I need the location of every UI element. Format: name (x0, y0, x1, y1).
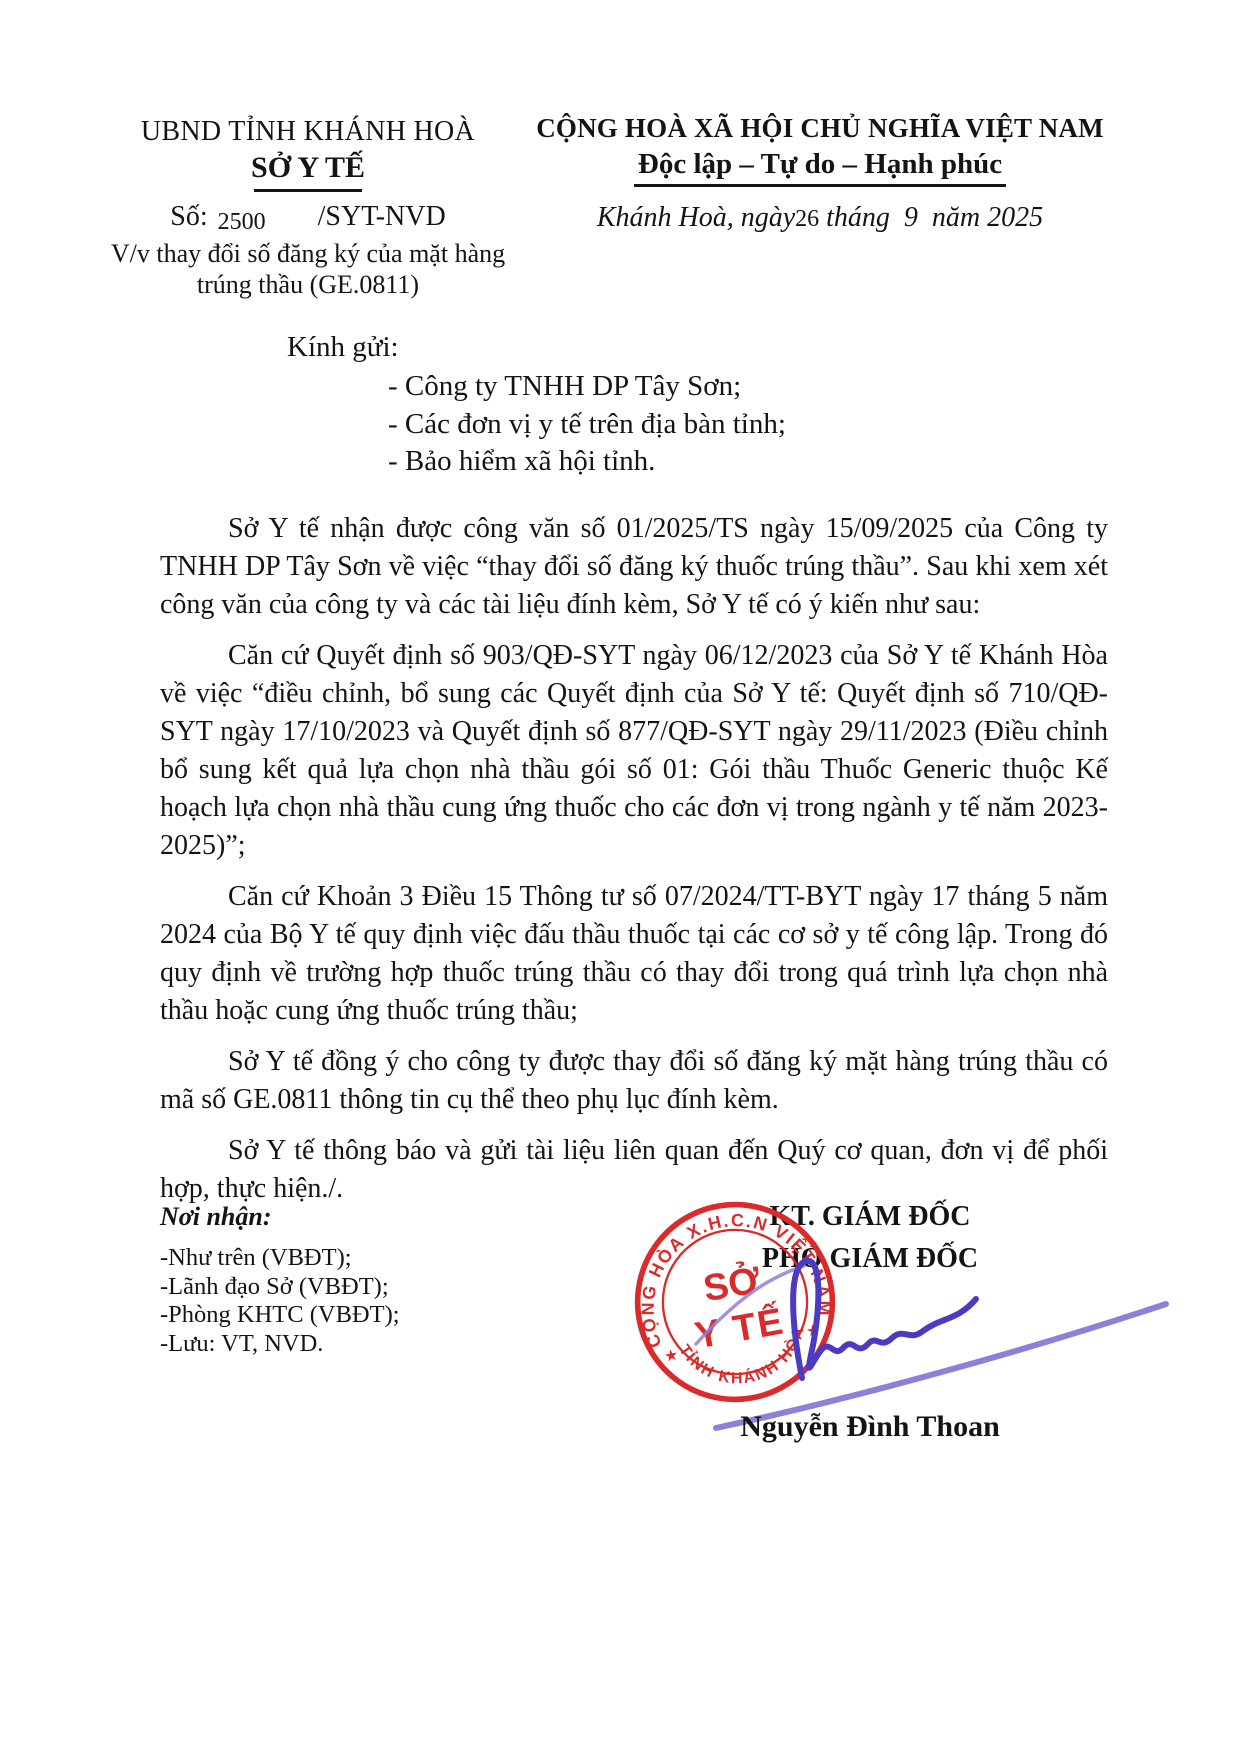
document-subject: V/v thay đổi số đăng ký của mặt hàng trú… (86, 238, 530, 300)
distribution-item: -Như trên (VBĐT); (160, 1244, 400, 1273)
letter-body: Sở Y tế nhận được công văn số 01/2025/TS… (160, 510, 1108, 1221)
body-paragraph-2: Căn cứ Quyết định số 903/QĐ-SYT ngày 06/… (160, 637, 1108, 865)
official-letter-page: UBND TỈNH KHÁNH HOÀ SỞ Y TẾ Số:2500/SYT-… (0, 0, 1241, 1755)
distribution-block: Nơi nhận: -Như trên (VBĐT); -Lãnh đạo Sở… (160, 1202, 400, 1358)
distribution-item: -Lưu: VT, NVD. (160, 1330, 400, 1359)
recipient-item: - Công ty TNHH DP Tây Sơn; (388, 368, 786, 406)
date-day-value: 26 (795, 206, 819, 232)
national-motto: Độc lập – Tự do – Hạnh phúc (634, 148, 1006, 187)
document-number-label: Số: (170, 201, 207, 232)
org-name: SỞ Y TẾ (86, 151, 530, 185)
national-title: CỘNG HOÀ XÃ HỘI CHỦ NGHĨA VIỆT NAM (528, 113, 1112, 144)
place-date-suffix: tháng 9 năm 2025 (819, 202, 1043, 233)
distribution-item: -Phòng KHTC (VBĐT); (160, 1301, 400, 1330)
recipient-item: - Bảo hiểm xã hội tỉnh. (388, 443, 786, 481)
document-subject-line1: V/v thay đổi số đăng ký của mặt hàng (86, 238, 530, 269)
issuing-agency-block: UBND TỈNH KHÁNH HOÀ SỞ Y TẾ Số:2500/SYT-… (86, 116, 530, 300)
place-date-prefix: Khánh Hoà, ngày (597, 202, 795, 233)
document-number-line: Số:2500/SYT-NVD (86, 201, 530, 233)
org-underline-rule (254, 189, 362, 192)
signer-name: Nguyễn Đình Thoan (700, 1410, 1040, 1444)
recipient-list: - Công ty TNHH DP Tây Sơn; - Các đơn vị … (388, 368, 786, 481)
body-paragraph-4: Sở Y tế đồng ý cho công ty được thay đổi… (160, 1043, 1108, 1119)
recipient-item: - Các đơn vị y tế trên địa bàn tỉnh; (388, 406, 786, 444)
distribution-list: -Như trên (VBĐT); -Lãnh đạo Sở (VBĐT); -… (160, 1244, 400, 1358)
place-date-line: Khánh Hoà, ngày26 tháng 9 năm 2025 (528, 202, 1112, 234)
parent-org-name: UBND TỈNH KHÁNH HOÀ (86, 116, 530, 148)
document-number-suffix: /SYT-NVD (318, 201, 446, 232)
salutation-label: Kính gửi: (287, 331, 399, 364)
body-paragraph-1: Sở Y tế nhận được công văn số 01/2025/TS… (160, 510, 1108, 624)
distribution-item: -Lãnh đạo Sở (VBĐT); (160, 1273, 400, 1302)
document-number-value: 2500 (218, 209, 266, 235)
document-subject-line2: trúng thầu (GE.0811) (86, 269, 530, 300)
national-header-block: CỘNG HOÀ XÃ HỘI CHỦ NGHĨA VIỆT NAM Độc l… (528, 113, 1112, 234)
distribution-label: Nơi nhận: (160, 1202, 400, 1232)
body-paragraph-3: Căn cứ Khoản 3 Điều 15 Thông tư số 07/20… (160, 878, 1108, 1030)
